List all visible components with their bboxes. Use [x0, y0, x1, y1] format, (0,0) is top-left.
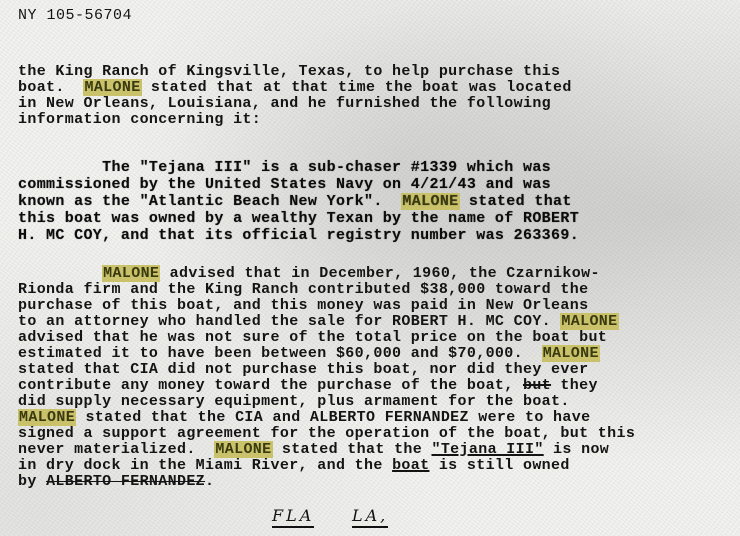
document-line: in New Orleans, Louisiana, and he furnis…	[18, 96, 551, 112]
line-text: in dry dock in the Miami River, and the	[18, 457, 392, 474]
document-line: estimated it to have been between $60,00…	[18, 346, 600, 362]
highlighted-name: MALONE	[401, 193, 459, 210]
overstruck-name: ALBERTO FERNANDEZ	[46, 473, 205, 490]
line-text: stated that the CIA and ALBERTO FERNANDE…	[76, 409, 590, 426]
line-text: commissioned by the United States Navy o…	[18, 176, 551, 193]
document-line: information concerning it:	[18, 112, 261, 128]
document-line: The "Tejana III" is a sub-chaser #1339 w…	[18, 160, 551, 176]
document-line: never materialized. MALONE stated that t…	[18, 442, 609, 458]
line-text: stated that	[460, 193, 572, 210]
line-text: the King Ranch of Kingsville, Texas, to …	[18, 63, 560, 80]
handwritten-annotation-fla: FLA	[272, 506, 314, 528]
highlighted-name: MALONE	[83, 79, 141, 96]
document-line: the King Ranch of Kingsville, Texas, to …	[18, 64, 560, 80]
document-line: to an attorney who handled the sale for …	[18, 314, 619, 330]
line-text: did supply necessary equipment, plus arm…	[18, 393, 570, 410]
line-text: never materialized.	[18, 441, 214, 458]
line-text: purchase of this boat, and this money wa…	[18, 297, 588, 314]
line-text: this boat was owned by a wealthy Texan b…	[18, 210, 579, 227]
line-text: signed a support agreement for the opera…	[18, 425, 635, 442]
file-number: NY 105-56704	[18, 7, 132, 24]
line-text: information concerning it:	[18, 111, 261, 128]
line-text: The "Tejana III" is a sub-chaser #1339 w…	[18, 159, 551, 176]
line-text: stated that the	[273, 441, 432, 458]
document-line: commissioned by the United States Navy o…	[18, 177, 551, 193]
line-text	[18, 265, 102, 282]
line-text: to an attorney who handled the sale for …	[18, 313, 560, 330]
line-text: stated that at that time the boat was lo…	[142, 79, 572, 96]
line-text: H. MC COY, and that its official registr…	[18, 227, 579, 244]
struck-text: but	[523, 377, 551, 394]
line-text: advised that he was not sure of the tota…	[18, 329, 607, 346]
highlighted-name: MALONE	[102, 265, 160, 282]
line-text: by	[18, 473, 46, 490]
document-line: purchase of this boat, and this money wa…	[18, 298, 588, 314]
document-line: by ALBERTO FERNANDEZ.	[18, 474, 214, 490]
document-line: this boat was owned by a wealthy Texan b…	[18, 211, 579, 227]
line-text: .	[205, 473, 214, 490]
line-text: in New Orleans, Louisiana, and he furnis…	[18, 95, 551, 112]
document-line: in dry dock in the Miami River, and the …	[18, 458, 570, 474]
document-line: MALONE stated that the CIA and ALBERTO F…	[18, 410, 590, 426]
line-text: contribute any money toward the purchase…	[18, 377, 523, 394]
document-line: Rionda firm and the King Ranch contribut…	[18, 282, 588, 298]
highlighted-name: MALONE	[214, 441, 272, 458]
document-line: contribute any money toward the purchase…	[18, 378, 598, 394]
highlighted-name: MALONE	[560, 313, 618, 330]
highlighted-name: MALONE	[542, 345, 600, 362]
document-line: did supply necessary equipment, plus arm…	[18, 394, 570, 410]
underlined-text: "Tejana III"	[431, 441, 543, 458]
line-text: they	[551, 377, 598, 394]
handwritten-annotation-la: LA,	[352, 506, 388, 528]
line-text: stated that CIA did not purchase this bo…	[18, 361, 588, 378]
document-line: MALONE advised that in December, 1960, t…	[18, 266, 600, 282]
document-line: signed a support agreement for the opera…	[18, 426, 635, 442]
highlighted-name: MALONE	[18, 409, 76, 426]
line-text: boat.	[18, 79, 83, 96]
line-text: known as the "Atlantic Beach New York".	[18, 193, 401, 210]
line-text: is now	[544, 441, 609, 458]
underlined-text: boat	[392, 457, 429, 474]
document-line: known as the "Atlantic Beach New York". …	[18, 194, 572, 210]
document-line: stated that CIA did not purchase this bo…	[18, 362, 588, 378]
line-text: estimated it to have been between $60,00…	[18, 345, 542, 362]
document-line: boat. MALONE stated that at that time th…	[18, 80, 572, 96]
line-text: Rionda firm and the King Ranch contribut…	[18, 281, 588, 298]
line-text: is still owned	[429, 457, 569, 474]
document-line: advised that he was not sure of the tota…	[18, 330, 607, 346]
scanned-document-page: NY 105-56704 the King Ranch of Kingsvill…	[0, 0, 740, 536]
document-line: H. MC COY, and that its official registr…	[18, 228, 579, 244]
line-text: advised that in December, 1960, the Czar…	[160, 265, 600, 282]
